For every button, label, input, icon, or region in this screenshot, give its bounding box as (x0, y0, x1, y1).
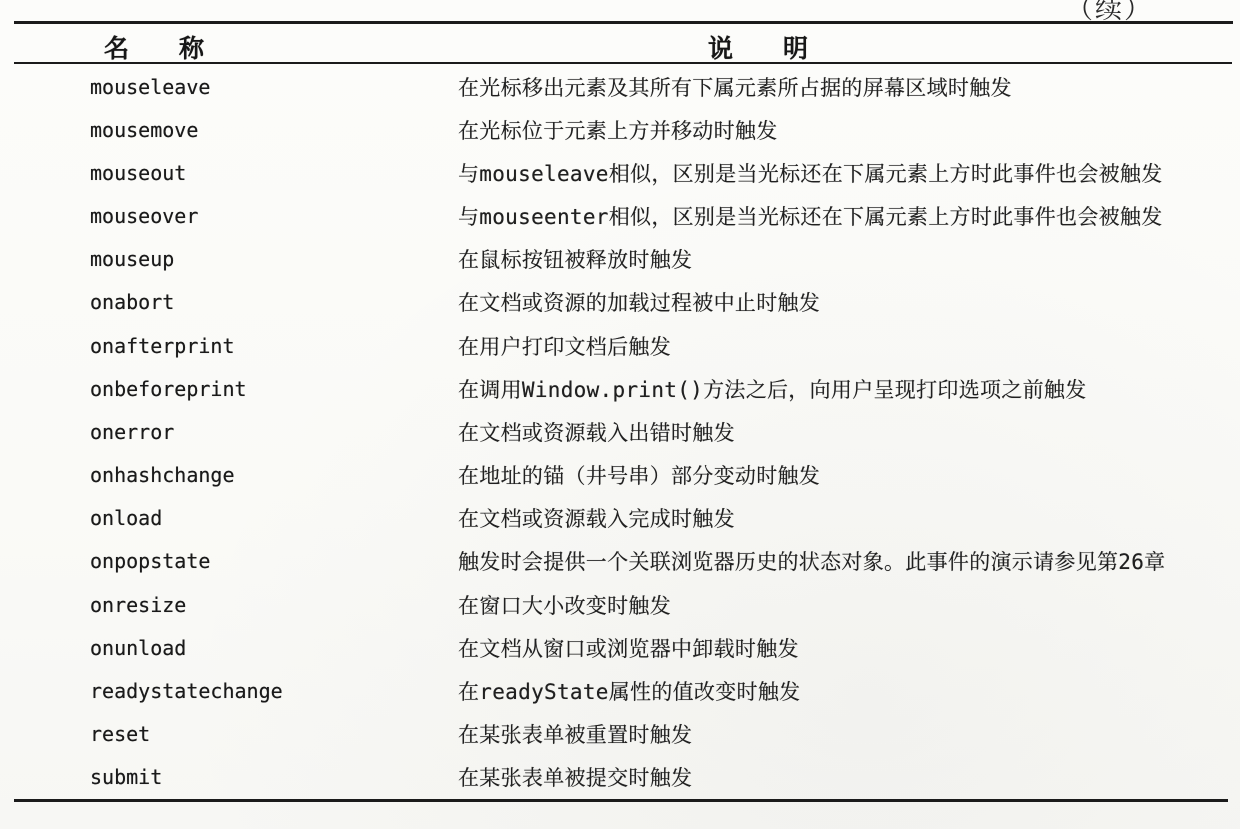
event-description: 在文档或资源的加载过程被中止时触发 (458, 287, 1240, 317)
table-row: onload在文档或资源载入完成时触发 (0, 497, 1240, 540)
table-row: onafterprint在用户打印文档后触发 (0, 324, 1240, 367)
events-table-body: mouseleave在光标移出元素及其所有下属元素所占据的屏幕区域时触发mous… (0, 65, 1240, 799)
table-top-rule (14, 21, 1233, 24)
event-name: onafterprint (90, 334, 458, 358)
event-name: mouseout (90, 161, 458, 185)
event-name: onpopstate (90, 549, 458, 573)
column-header-name: 名 称 (104, 29, 204, 65)
event-name: onhashchange (90, 463, 458, 487)
event-description: 在某张表单被重置时触发 (458, 719, 1240, 749)
event-name: submit (90, 765, 458, 789)
event-description: 在readyState属性的值改变时触发 (458, 676, 1240, 706)
event-name: onabort (90, 290, 458, 314)
event-name: reset (90, 722, 458, 746)
event-description: 在文档从窗口或浏览器中卸载时触发 (458, 633, 1240, 663)
event-description: 在光标移出元素及其所有下属元素所占据的屏幕区域时触发 (458, 72, 1240, 102)
event-description: 在文档或资源载入完成时触发 (458, 503, 1240, 533)
event-name: mouseup (90, 247, 458, 271)
table-row: onbeforeprint在调用Window.print()方法之后，向用户呈现… (0, 367, 1240, 410)
event-description: 在窗口大小改变时触发 (458, 590, 1240, 620)
table-row: onabort在文档或资源的加载过程被中止时触发 (0, 281, 1240, 324)
event-description: 在调用Window.print()方法之后，向用户呈现打印选项之前触发 (458, 374, 1240, 404)
table-row: onpopstate触发时会提供一个关联浏览器历史的状态对象。此事件的演示请参见… (0, 540, 1240, 583)
event-name: mouseleave (90, 75, 458, 99)
event-description: 在鼠标按钮被释放时触发 (458, 244, 1240, 274)
event-name: onload (90, 506, 458, 530)
event-name: mousemove (90, 118, 458, 142)
table-row: mouseout与mouseleave相似，区别是当光标还在下属元素上方时此事件… (0, 151, 1240, 194)
event-name: mouseover (90, 204, 458, 228)
event-description: 与mouseenter相似，区别是当光标还在下属元素上方时此事件也会被触发 (458, 201, 1240, 231)
event-name: onunload (90, 636, 458, 660)
table-row: mouseup在鼠标按钮被释放时触发 (0, 238, 1240, 281)
event-description: 在地址的锚（井号串）部分变动时触发 (458, 460, 1240, 490)
table-row: onerror在文档或资源载入出错时触发 (0, 410, 1240, 453)
table-header-row: 名 称 说 明 (0, 27, 1240, 61)
event-description: 在用户打印文档后触发 (458, 331, 1240, 361)
table-row: mouseover与mouseenter相似，区别是当光标还在下属元素上方时此事… (0, 195, 1240, 238)
column-header-description: 说 明 (708, 29, 808, 65)
table-row: onhashchange在地址的锚（井号串）部分变动时触发 (0, 454, 1240, 497)
event-description: 触发时会提供一个关联浏览器历史的状态对象。此事件的演示请参见第26章 (458, 546, 1240, 576)
table-row: mouseleave在光标移出元素及其所有下属元素所占据的屏幕区域时触发 (0, 65, 1240, 108)
event-name: readystatechange (90, 679, 458, 703)
event-description: 在文档或资源载入出错时触发 (458, 417, 1240, 447)
event-name: onbeforeprint (90, 377, 458, 401)
table-bottom-rule (14, 799, 1228, 802)
table-row: onunload在文档从窗口或浏览器中卸载时触发 (0, 626, 1240, 669)
table-row: reset在某张表单被重置时触发 (0, 713, 1240, 756)
table-row: mousemove在光标位于元素上方并移动时触发 (0, 108, 1240, 151)
event-description: 在光标位于元素上方并移动时触发 (458, 115, 1240, 145)
table-row: submit在某张表单被提交时触发 (0, 756, 1240, 799)
table-row: readystatechange在readyState属性的值改变时触发 (0, 669, 1240, 712)
table-row: onresize在窗口大小改变时触发 (0, 583, 1240, 626)
event-description: 与mouseleave相似，区别是当光标还在下属元素上方时此事件也会被触发 (458, 158, 1240, 188)
book-page-scan: （续） 名 称 说 明 mouseleave在光标移出元素及其所有下属元素所占据… (0, 0, 1240, 829)
event-description: 在某张表单被提交时触发 (458, 762, 1240, 792)
event-name: onresize (90, 593, 458, 617)
event-name: onerror (90, 420, 458, 444)
table-header-rule (14, 62, 1232, 64)
